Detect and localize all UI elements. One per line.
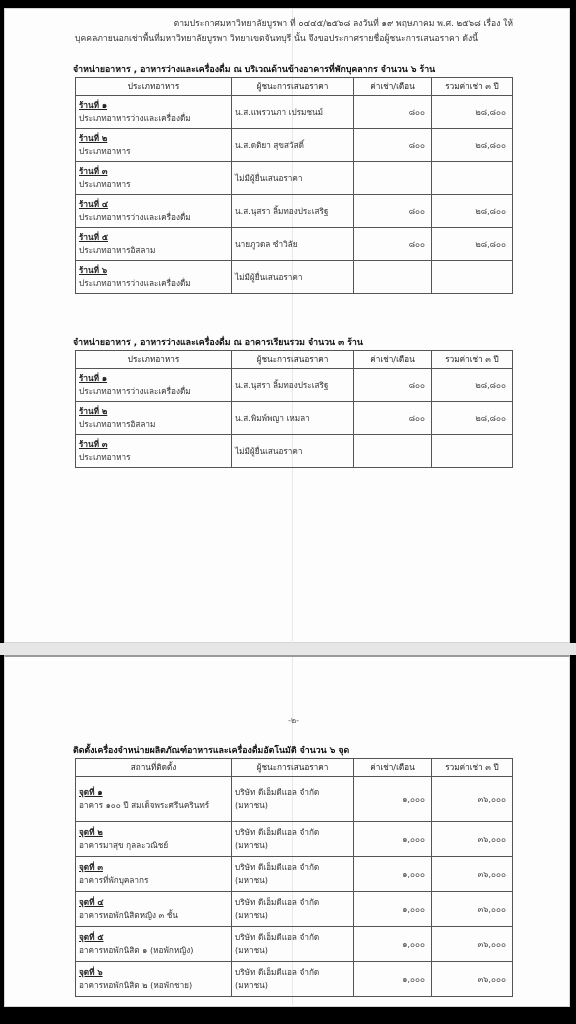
cell-type: ร้านที่ ๕ประเภทอาหารอิสลาม <box>76 228 232 261</box>
cell-monthly: ๘๐๐ <box>354 228 432 261</box>
row-type: ประเภทอาหาร <box>79 451 228 464</box>
cell-total: ๒๘,๘๐๐ <box>432 96 513 129</box>
table-header-row: ประเภทอาหาร ผู้ชนะการเสนอราคา ค่าเช่า/เด… <box>76 78 513 96</box>
row-type: ประเภทอาหาร <box>79 178 228 191</box>
row-number: ร้านที่ ๑ <box>79 99 228 112</box>
cell-total: ๓๖,๐๐๐ <box>432 892 513 927</box>
cell-monthly: ๘๐๐ <box>354 195 432 228</box>
document-page-1: ตามประกาศมหาวิทยาลัยบูรพา ที่ ๐๔๔๕/๒๕๖๘ … <box>4 8 570 643</box>
cell-monthly: ๑,๐๐๐ <box>354 927 432 962</box>
row-type: อาคารหอพักนิสิต ๑ (หอพักหญิง) <box>79 944 228 957</box>
section-2-title: จำหน่ายอาหาร , อาหารว่างและเครื่องดื่ม ณ… <box>73 335 363 349</box>
cell-monthly: ๘๐๐ <box>354 369 432 402</box>
cell-winner: น.ส.แพรวนภา เปรมชนม์ <box>232 96 354 129</box>
header-monthly: ค่าเช่า/เดือน <box>354 351 432 369</box>
cell-monthly <box>354 435 432 468</box>
cell-type: จุดที่ ๑อาคาร ๑๐๐ ปี สมเด็จพระศรีนครินทร… <box>76 777 232 822</box>
cell-monthly: ๑,๐๐๐ <box>354 822 432 857</box>
cell-type: ร้านที่ ๒ประเภทอาหาร <box>76 129 232 162</box>
section-1-title: จำหน่ายอาหาร , อาหารว่างและเครื่องดื่ม ณ… <box>73 62 435 76</box>
cell-type: จุดที่ ๕อาคารหอพักนิสิต ๑ (หอพักหญิง) <box>76 927 232 962</box>
document-page-2: -๒- ติดตั้งเครื่องจำหน่ายผลิตภัณฑ์อาหารแ… <box>4 655 570 1007</box>
cell-type: ร้านที่ ๓ประเภทอาหาร <box>76 435 232 468</box>
cell-winner: น.ส.พิมพ์พญา เหมลา <box>232 402 354 435</box>
table-row: จุดที่ ๕อาคารหอพักนิสิต ๑ (หอพักหญิง)บริ… <box>76 927 513 962</box>
row-type: ประเภทอาหารว่างและเครื่องดื่ม <box>79 277 228 290</box>
cell-monthly <box>354 261 432 294</box>
intro-paragraph: ตามประกาศมหาวิทยาลัยบูรพา ที่ ๐๔๔๕/๒๕๖๘ … <box>75 17 515 47</box>
cell-type: จุดที่ ๒อาคารมาสุข กุลละวณิชย์ <box>76 822 232 857</box>
intro-line-2: บุคคลภายนอกเช่าพื้นที่มหาวิทยาลัยบูรพา ว… <box>75 32 515 47</box>
cell-winner: บริษัท ดีเอ็มดีแอล จำกัด (มหาชน) <box>232 857 354 892</box>
cell-winner: บริษัท ดีเอ็มดีแอล จำกัด (มหาชน) <box>232 892 354 927</box>
table-row: จุดที่ ๒อาคารมาสุข กุลละวณิชย์บริษัท ดีเ… <box>76 822 513 857</box>
table-row: ร้านที่ ๒ประเภทอาหารน.ส.ดติยา สุขสวัสดิ์… <box>76 129 513 162</box>
cell-total: ๓๖,๐๐๐ <box>432 962 513 997</box>
cell-type: จุดที่ ๔อาคารหอพักนิสิตหญิง ๓ ชั้น <box>76 892 232 927</box>
row-number: ร้านที่ ๔ <box>79 198 228 211</box>
section-2-table: ประเภทอาหาร ผู้ชนะการเสนอราคา ค่าเช่า/เด… <box>75 350 513 468</box>
row-type: ประเภทอาหาร <box>79 145 228 158</box>
cell-monthly <box>354 162 432 195</box>
table-row: ร้านที่ ๑ประเภทอาหารว่างและเครื่องดื่มน.… <box>76 96 513 129</box>
cell-type: ร้านที่ ๒ประเภทอาหารอิสลาม <box>76 402 232 435</box>
cell-winner: ไม่มีผู้ยื่นเสนอราคา <box>232 162 354 195</box>
cell-total: ๓๖,๐๐๐ <box>432 927 513 962</box>
row-number: ร้านที่ ๓ <box>79 438 228 451</box>
table-header-row: สถานที่ติดตั้ง ผู้ชนะการเสนอราคา ค่าเช่า… <box>76 759 513 777</box>
cell-type: ร้านที่ ๖ประเภทอาหารว่างและเครื่องดื่ม <box>76 261 232 294</box>
row-number: ร้านที่ ๓ <box>79 165 228 178</box>
row-type: ประเภทอาหารว่างและเครื่องดื่ม <box>79 211 228 224</box>
cell-total <box>432 162 513 195</box>
cell-winner: น.ส.ดติยา สุขสวัสดิ์ <box>232 129 354 162</box>
row-type: อาคารมาสุข กุลละวณิชย์ <box>79 839 228 852</box>
row-number: ร้านที่ ๒ <box>79 405 228 418</box>
cell-total <box>432 435 513 468</box>
cell-winner: ไม่มีผู้ยื่นเสนอราคา <box>232 261 354 294</box>
header-type: ประเภทอาหาร <box>76 78 232 96</box>
cell-winner: ไม่มีผู้ยื่นเสนอราคา <box>232 435 354 468</box>
cell-type: ร้านที่ ๓ประเภทอาหาร <box>76 162 232 195</box>
row-number: ร้านที่ ๒ <box>79 132 228 145</box>
cell-monthly: ๘๐๐ <box>354 96 432 129</box>
cell-total: ๒๘,๘๐๐ <box>432 195 513 228</box>
row-type: อาคารหอพักนิสิต ๒ (หอพักชาย) <box>79 979 228 992</box>
row-number: จุดที่ ๖ <box>79 966 228 979</box>
row-number: จุดที่ ๒ <box>79 826 228 839</box>
cell-monthly: ๑,๐๐๐ <box>354 777 432 822</box>
table-row: ร้านที่ ๒ประเภทอาหารอิสลามน.ส.พิมพ์พญา เ… <box>76 402 513 435</box>
cell-winner: บริษัท ดีเอ็มดีแอล จำกัด (มหาชน) <box>232 927 354 962</box>
cell-winner: น.ส.นุสรา ลิ้มทองประเสริฐ <box>232 369 354 402</box>
cell-winner: บริษัท ดีเอ็มดีแอล จำกัด (มหาชน) <box>232 962 354 997</box>
table-row: ร้านที่ ๖ประเภทอาหารว่างและเครื่องดื่มไม… <box>76 261 513 294</box>
table-row: จุดที่ ๓อาคารที่พักบุคลากรบริษัท ดีเอ็มด… <box>76 857 513 892</box>
page-number: -๒- <box>288 714 299 727</box>
cell-type: ร้านที่ ๔ประเภทอาหารว่างและเครื่องดื่ม <box>76 195 232 228</box>
cell-total: ๒๘,๘๐๐ <box>432 369 513 402</box>
header-winner: ผู้ชนะการเสนอราคา <box>232 78 354 96</box>
section-1-table: ประเภทอาหาร ผู้ชนะการเสนอราคา ค่าเช่า/เด… <box>75 77 513 294</box>
cell-type: ร้านที่ ๑ประเภทอาหารว่างและเครื่องดื่ม <box>76 96 232 129</box>
cell-monthly: ๘๐๐ <box>354 402 432 435</box>
row-number: จุดที่ ๔ <box>79 896 228 909</box>
table-row: จุดที่ ๖อาคารหอพักนิสิต ๒ (หอพักชาย)บริษ… <box>76 962 513 997</box>
header-type: ประเภทอาหาร <box>76 351 232 369</box>
intro-line-1: ตามประกาศมหาวิทยาลัยบูรพา ที่ ๐๔๔๕/๒๕๖๘ … <box>75 17 515 32</box>
header-winner: ผู้ชนะการเสนอราคา <box>232 351 354 369</box>
top-black-bar <box>0 0 576 8</box>
cell-monthly: ๑,๐๐๐ <box>354 892 432 927</box>
header-location: สถานที่ติดตั้ง <box>76 759 232 777</box>
table-row: ร้านที่ ๕ประเภทอาหารอิสลามนายภูวดล ซำวิล… <box>76 228 513 261</box>
cell-total: ๓๖,๐๐๐ <box>432 822 513 857</box>
cell-winner: บริษัท ดีเอ็มดีแอล จำกัด (มหาชน) <box>232 777 354 822</box>
header-winner: ผู้ชนะการเสนอราคา <box>232 759 354 777</box>
row-type: ประเภทอาหารว่างและเครื่องดื่ม <box>79 385 228 398</box>
table-header-row: ประเภทอาหาร ผู้ชนะการเสนอราคา ค่าเช่า/เด… <box>76 351 513 369</box>
cell-monthly: ๑,๐๐๐ <box>354 962 432 997</box>
row-number: ร้านที่ ๖ <box>79 264 228 277</box>
row-type: อาคาร ๑๐๐ ปี สมเด็จพระศรีนครินทร์ <box>79 799 228 812</box>
row-type: อาคารหอพักนิสิตหญิง ๓ ชั้น <box>79 909 228 922</box>
row-type: อาคารที่พักบุคลากร <box>79 874 228 887</box>
cell-total <box>432 261 513 294</box>
cell-monthly: ๘๐๐ <box>354 129 432 162</box>
header-monthly: ค่าเช่า/เดือน <box>354 78 432 96</box>
cell-monthly: ๑,๐๐๐ <box>354 857 432 892</box>
table-row: จุดที่ ๑อาคาร ๑๐๐ ปี สมเด็จพระศรีนครินทร… <box>76 777 513 822</box>
table-row: จุดที่ ๔อาคารหอพักนิสิตหญิง ๓ ชั้นบริษัท… <box>76 892 513 927</box>
header-total: รวมค่าเช่า ๓ ปี <box>432 78 513 96</box>
bottom-black-bar <box>0 1007 576 1024</box>
table-row: ร้านที่ ๑ประเภทอาหารว่างและเครื่องดื่มน.… <box>76 369 513 402</box>
section-3-title: ติดตั้งเครื่องจำหน่ายผลิตภัณฑ์อาหารและเค… <box>73 743 349 757</box>
row-number: ร้านที่ ๕ <box>79 231 228 244</box>
row-type: ประเภทอาหารอิสลาม <box>79 244 228 257</box>
row-number: จุดที่ ๕ <box>79 931 228 944</box>
cell-total: ๒๘,๘๐๐ <box>432 402 513 435</box>
cell-total: ๓๖,๐๐๐ <box>432 777 513 822</box>
cell-winner: บริษัท ดีเอ็มดีแอล จำกัด (มหาชน) <box>232 822 354 857</box>
cell-total: ๒๘,๘๐๐ <box>432 228 513 261</box>
cell-type: จุดที่ ๖อาคารหอพักนิสิต ๒ (หอพักชาย) <box>76 962 232 997</box>
row-number: จุดที่ ๓ <box>79 861 228 874</box>
header-total: รวมค่าเช่า ๓ ปี <box>432 759 513 777</box>
table-row: ร้านที่ ๔ประเภทอาหารว่างและเครื่องดื่มน.… <box>76 195 513 228</box>
page-gap <box>0 643 576 655</box>
header-monthly: ค่าเช่า/เดือน <box>354 759 432 777</box>
row-type: ประเภทอาหารว่างและเครื่องดื่ม <box>79 112 228 125</box>
header-total: รวมค่าเช่า ๓ ปี <box>432 351 513 369</box>
cell-total: ๓๖,๐๐๐ <box>432 857 513 892</box>
cell-total: ๒๘,๘๐๐ <box>432 129 513 162</box>
row-number: จุดที่ ๑ <box>79 786 228 799</box>
table-row: ร้านที่ ๓ประเภทอาหารไม่มีผู้ยื่นเสนอราคา <box>76 435 513 468</box>
row-number: ร้านที่ ๑ <box>79 372 228 385</box>
cell-type: ร้านที่ ๑ประเภทอาหารว่างและเครื่องดื่ม <box>76 369 232 402</box>
row-type: ประเภทอาหารอิสลาม <box>79 418 228 431</box>
cell-winner: นายภูวดล ซำวิลัย <box>232 228 354 261</box>
section-3-table: สถานที่ติดตั้ง ผู้ชนะการเสนอราคา ค่าเช่า… <box>75 758 513 997</box>
cell-type: จุดที่ ๓อาคารที่พักบุคลากร <box>76 857 232 892</box>
cell-winner: น.ส.นุสรา ลิ้มทองประเสริฐ <box>232 195 354 228</box>
table-row: ร้านที่ ๓ประเภทอาหารไม่มีผู้ยื่นเสนอราคา <box>76 162 513 195</box>
